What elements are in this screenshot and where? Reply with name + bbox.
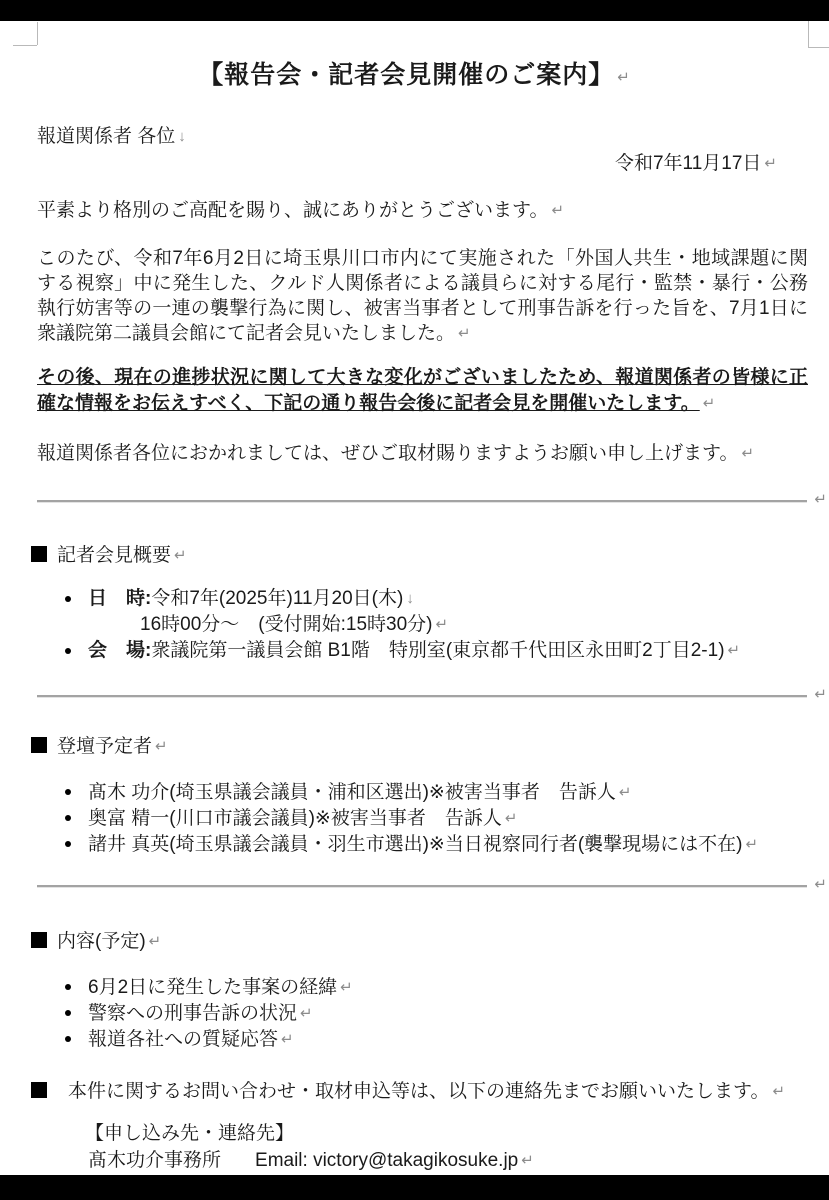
paragraph-mark: ↵	[458, 321, 471, 346]
request-paragraph: 報道関係者各位におかれましては、ぜひご取材賜りますようお願い申し上げます。↵	[37, 441, 808, 466]
item-text: 諸井 真英(埼玉県議会議員・羽生市選出)※当日視察同行者(襲撃現場には不在)	[88, 834, 743, 855]
paragraph-mark: ↵	[551, 198, 564, 223]
paragraph-mark: ↵	[772, 1082, 785, 1100]
paragraph-mark: ↵	[814, 685, 827, 703]
list-item-datetime: 日 時:令和7年(2025年)11月20日(木)↓	[88, 587, 414, 611]
greeting-text: 平素より格別のご高配を賜り、誠にありがとうございます。	[37, 200, 548, 221]
paragraph-mark: ↵	[300, 1001, 313, 1027]
section-heading-text: 内容(予定)	[57, 931, 146, 952]
section-marker-icon	[31, 737, 47, 753]
list-item-speaker: 奥富 精一(川口市議会議員)※被害当事者 告訴人↵	[88, 806, 517, 832]
request-text: 報道関係者各位におかれましては、ぜひご取材賜りますようお願い申し上げます。	[37, 443, 738, 464]
list-item-venue: 会 場:衆議院第一議員会館 B1階 特別室(東京都千代田区永田町2丁目2-1)↵	[88, 639, 740, 663]
list-item-speaker: 髙木 功介(埼玉県議会議員・浦和区選出)※被害当事者 告訴人↵	[88, 780, 631, 806]
paragraph-mark: ↵	[746, 832, 759, 858]
section-marker-icon	[31, 1082, 47, 1098]
item-text: 令和7年(2025年)11月20日(木)	[151, 588, 403, 609]
section-heading-agenda: 内容(予定)↵	[31, 926, 161, 953]
contact-heading: 本件に関するお問い合わせ・取材申込等は、以下の連絡先までお願いいたします。↵	[31, 1076, 785, 1103]
paragraph-mark: ↵	[155, 737, 168, 755]
contact-label-text: 【申し込み先・連絡先】	[85, 1123, 294, 1144]
item-label: 会 場:	[88, 640, 151, 661]
line-break-mark: ↓	[406, 587, 414, 611]
update-notice-text: その後、現在の進捗状況に関して大きな変化がございましたため、報道関係者の皆様に正…	[37, 367, 808, 414]
section-marker-icon	[31, 932, 47, 948]
crop-mark-top-right-vertical	[808, 21, 809, 47]
list-item-agenda: 警察への刑事告訴の状況↵	[88, 1001, 313, 1027]
contact-email-text: Email: victory@takagikosuke.jp	[255, 1150, 518, 1171]
salutation-text: 報道関係者 各位	[37, 126, 175, 147]
crop-mark-top-right-horizontal	[808, 47, 829, 48]
item-label: 日 時:	[88, 588, 151, 609]
list-item-datetime-line2: 16時00分〜 (受付開始:15時30分)↵	[140, 613, 448, 637]
section-heading-speakers: 登壇予定者↵	[31, 731, 168, 758]
contact-office-text: 髙木功介事務所	[88, 1150, 221, 1171]
document-date: 令和7年11月17日↵	[615, 148, 777, 175]
paragraph-mark: ↵	[505, 806, 518, 832]
paragraph-mark: ↵	[340, 975, 353, 1001]
item-text: 衆議院第一議員会館 B1階 特別室(東京都千代田区永田町2丁目2-1)	[151, 640, 724, 661]
crop-mark-top-left-horizontal	[13, 45, 37, 46]
paragraph-mark: ↵	[619, 780, 632, 806]
update-notice-paragraph: その後、現在の進捗状況に関して大きな変化がございましたため、報道関係者の皆様に正…	[37, 365, 808, 417]
paragraph-mark: ↵	[764, 154, 777, 172]
paragraph-mark: ↵	[435, 613, 448, 637]
paragraph-mark: ↵	[814, 490, 827, 508]
contact-label: 【申し込み先・連絡先】	[85, 1118, 294, 1145]
contact-line: 髙木功介事務所Email: victory@takagikosuke.jp↵	[88, 1145, 534, 1172]
divider-rule: ↵	[37, 500, 807, 503]
item-text: 16時00分〜 (受付開始:15時30分)	[140, 614, 432, 635]
item-text: 奥富 精一(川口市議会議員)※被害当事者 告訴人	[88, 808, 502, 829]
paragraph-mark: ↵	[703, 391, 716, 416]
paragraph-mark: ↵	[814, 875, 827, 893]
paragraph-mark: ↵	[149, 932, 162, 950]
section-heading-overview: 記者会見概要↵	[31, 540, 187, 567]
section-marker-icon	[31, 546, 47, 562]
paragraph-mark: ↵	[174, 546, 187, 564]
contact-heading-text: 本件に関するお問い合わせ・取材申込等は、以下の連絡先までお願いいたします。	[68, 1081, 769, 1102]
list-item-agenda: 6月2日に発生した事案の経緯↵	[88, 975, 353, 1001]
background-text: このたび、令和7年6月2日に埼玉県川口市内にて実施された「外国人共生・地域課題に…	[37, 248, 808, 344]
divider-rule: ↵	[37, 885, 807, 888]
item-text: 6月2日に発生した事案の経緯	[88, 977, 337, 998]
document-page: 【報告会・記者会見開催のご案内】↵ 報道関係者 各位↓ 令和7年11月17日↵ …	[0, 21, 829, 1175]
salutation: 報道関係者 各位↓	[37, 121, 186, 148]
section-heading-text: 登壇予定者	[57, 736, 152, 757]
item-text: 警察への刑事告訴の状況	[88, 1003, 297, 1024]
list-item-agenda: 報道各社への質疑応答↵	[88, 1027, 294, 1053]
list-item-speaker: 諸井 真英(埼玉県議会議員・羽生市選出)※当日視察同行者(襲撃現場には不在)↵	[88, 832, 758, 858]
greeting-paragraph: 平素より格別のご高配を賜り、誠にありがとうございます。↵	[37, 198, 808, 223]
paragraph-mark: ↵	[741, 441, 754, 466]
date-text: 令和7年11月17日	[615, 153, 761, 174]
paragraph-mark: ↵	[281, 1027, 294, 1053]
crop-mark-top-left-vertical	[37, 22, 38, 45]
background-paragraph: このたび、令和7年6月2日に埼玉県川口市内にて実施された「外国人共生・地域課題に…	[37, 246, 808, 346]
page-title-text: 【報告会・記者会見開催のご案内】	[198, 61, 614, 89]
paragraph-mark: ↵	[728, 639, 741, 663]
paragraph-mark: ↵	[521, 1151, 534, 1169]
line-break-mark: ↓	[178, 128, 186, 145]
page-title: 【報告会・記者会見開催のご案内】↵	[0, 55, 829, 91]
divider-rule: ↵	[37, 695, 807, 698]
paragraph-mark: ↵	[617, 68, 631, 86]
item-text: 髙木 功介(埼玉県議会議員・浦和区選出)※被害当事者 告訴人	[88, 782, 616, 803]
section-heading-text: 記者会見概要	[57, 545, 171, 566]
item-text: 報道各社への質疑応答	[88, 1029, 278, 1050]
